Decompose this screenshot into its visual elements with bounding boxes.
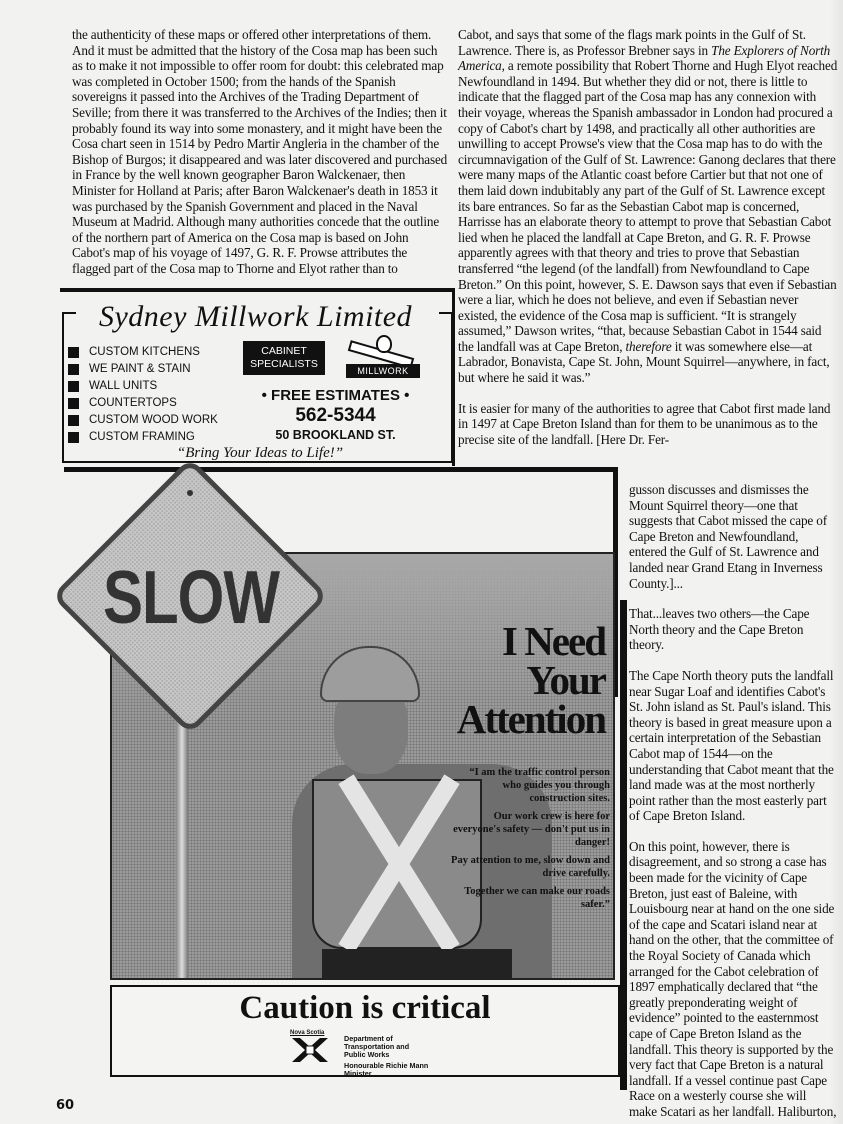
free-estimates: • FREE ESTIMATES • xyxy=(238,387,433,404)
article-paragraph: gusson discusses and dismisses the Mount… xyxy=(629,482,837,591)
article-paragraph: Cabot, and says that some of the flags m… xyxy=(458,27,838,386)
ad-border-top xyxy=(64,467,618,472)
nova-scotia-flag-icon: Nova Scotia xyxy=(290,1030,330,1064)
worker-quote: “I am the traffic control person who gui… xyxy=(450,766,610,916)
square-bullet-icon xyxy=(68,381,79,392)
ad-border-right-lower xyxy=(620,600,627,1090)
article-paragraph: That...leaves two others—the Cape North … xyxy=(629,606,837,653)
article-paragraph: It is easier for many of the authorities… xyxy=(458,401,838,448)
article-left-column: the authenticity of these maps or offere… xyxy=(72,27,448,277)
square-bullet-icon xyxy=(68,347,79,358)
tagline: “Bring Your Ideas to Life!” xyxy=(100,445,420,462)
square-bullet-icon xyxy=(68,364,79,375)
department-credit: Department of Transportation and Public … xyxy=(344,1035,428,1078)
article-right-narrow-column: gusson discusses and dismisses the Mount… xyxy=(629,482,837,1120)
millwork-logo-icon: MILLWORK xyxy=(342,335,422,380)
service-item: WALL UNITS xyxy=(68,378,218,395)
service-item: CUSTOM WOOD WORK xyxy=(68,412,218,429)
address: 50 BROOKLAND ST. xyxy=(238,428,433,442)
article-right-column: Cabot, and says that some of the flags m… xyxy=(458,27,838,447)
services-list: CUSTOM KITCHENS WE PAINT & STAIN WALL UN… xyxy=(68,344,218,446)
carpenter-figure-icon xyxy=(376,335,392,353)
square-bullet-icon xyxy=(68,398,79,409)
service-item: COUNTERTOPS xyxy=(68,395,218,412)
service-item: WE PAINT & STAIN xyxy=(68,361,218,378)
sign-bolt xyxy=(187,490,193,496)
square-bullet-icon xyxy=(68,415,79,426)
square-bullet-icon xyxy=(68,432,79,443)
article-paragraph: The Cape North theory puts the landfall … xyxy=(629,668,837,824)
page-number: 60 xyxy=(56,1098,74,1113)
caution-title: Caution is critical xyxy=(112,989,618,1027)
caution-banner: Caution is critical Nova Scotia Departme… xyxy=(110,985,620,1077)
article-paragraph: the authenticity of these maps or offere… xyxy=(72,27,448,277)
ad-title: Sydney Millwork Limited xyxy=(78,300,433,334)
article-paragraph: On this point, however, there is disagre… xyxy=(629,839,837,1120)
phone-number: 562-5344 xyxy=(238,405,433,427)
millwork-advertisement: Sydney Millwork Limited CUSTOM KITCHENS … xyxy=(60,288,453,465)
service-item: CUSTOM KITCHENS xyxy=(68,344,218,361)
cabinet-specialists-badge: CABINET SPECIALISTS xyxy=(243,341,325,375)
service-item: CUSTOM FRAMING xyxy=(68,429,218,446)
ad-headline: I Need Your Attention xyxy=(405,622,605,739)
slow-sign-text: SLOW xyxy=(96,558,286,638)
